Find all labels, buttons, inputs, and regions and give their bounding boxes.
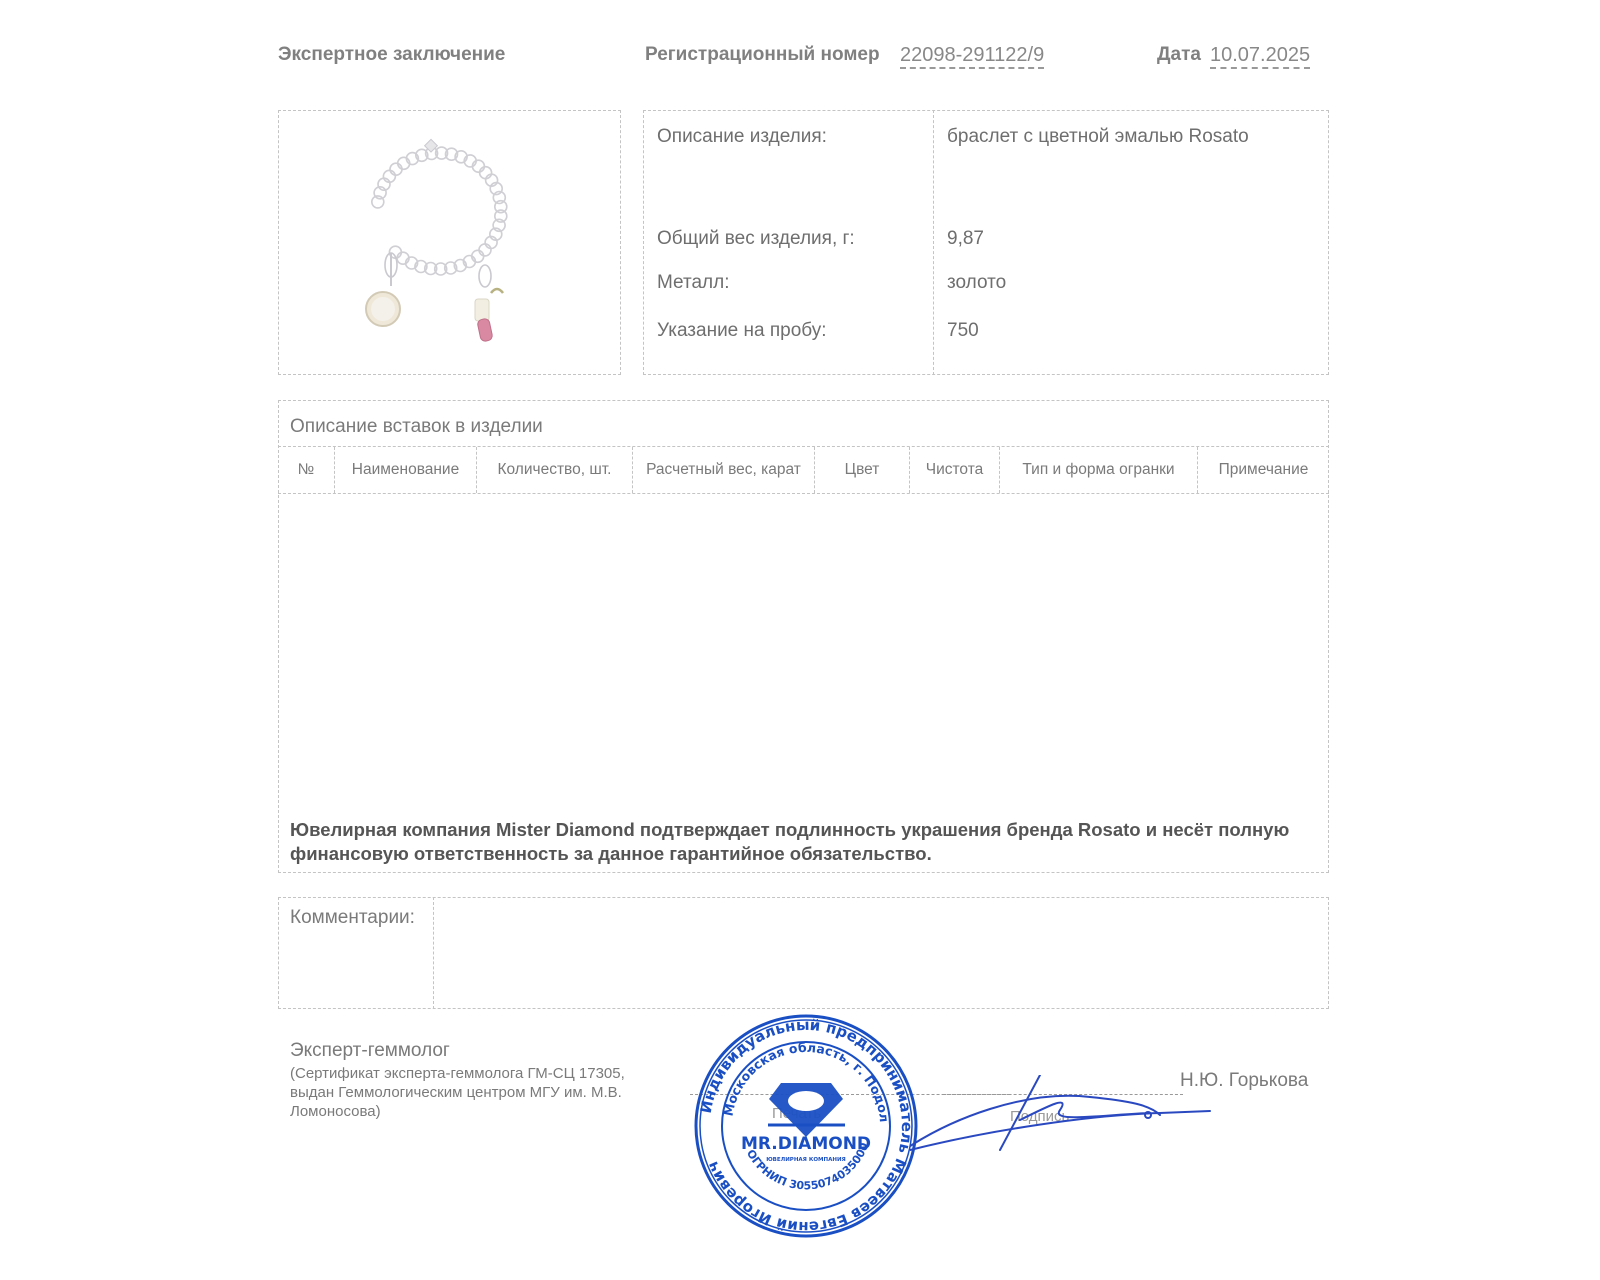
- comments-divider: [433, 897, 434, 1009]
- company-stamp: Индивидуальный предприниматель Матвеев Е…: [693, 1013, 919, 1239]
- comments-label: Комментарии:: [290, 907, 415, 929]
- metal-value: золото: [947, 272, 1006, 294]
- stamp-seal-icon: Индивидуальный предприниматель Матвеев Е…: [693, 1013, 919, 1239]
- total-weight-label: Общий вес изделия, г:: [657, 228, 855, 250]
- product-photo-frame: [278, 110, 621, 375]
- column-header-cut: Тип и форма огранки: [1000, 447, 1198, 493]
- column-header-quantity: Количество, шт.: [477, 447, 633, 493]
- svg-text:MR.DIAMOND: MR.DIAMOND: [741, 1134, 871, 1154]
- bracelet-image: [279, 111, 622, 376]
- document-title: Экспертное заключение: [278, 44, 505, 66]
- handwritten-signature: [910, 1075, 1250, 1175]
- registration-number-label: Регистрационный номер: [645, 44, 880, 66]
- info-column-divider: [933, 110, 934, 375]
- column-header-clarity: Чистота: [910, 447, 1000, 493]
- comments-box: [278, 897, 1329, 1009]
- inserts-title: Описание вставок в изделии: [290, 416, 543, 438]
- column-header-number: №: [278, 447, 335, 493]
- expert-title: Эксперт-геммолог: [290, 1040, 450, 1062]
- column-header-weight: Расчетный вес, карат: [633, 447, 815, 493]
- description-value: браслет с цветной эмалью Rosato: [947, 126, 1249, 148]
- expert-certificate: (Сертификат эксперта-геммолога ГМ-СЦ 173…: [290, 1064, 660, 1121]
- inserts-table-header: № Наименование Количество, шт. Расчетный…: [278, 446, 1329, 494]
- column-header-name: Наименование: [335, 447, 477, 493]
- svg-text:ЮВЕЛИРНАЯ КОМПАНИЯ: ЮВЕЛИРНАЯ КОМПАНИЯ: [766, 1157, 846, 1163]
- guarantee-statement: Ювелирная компания Mister Diamond подтве…: [290, 818, 1325, 866]
- date-value: 10.07.2025: [1210, 44, 1310, 69]
- hallmark-label: Указание на пробу:: [657, 320, 827, 342]
- hallmark-value: 750: [947, 320, 979, 342]
- registration-number-value: 22098-291122/9: [900, 44, 1044, 69]
- column-header-color: Цвет: [815, 447, 910, 493]
- date-label: Дата: [1157, 44, 1201, 66]
- metal-label: Металл:: [657, 272, 729, 294]
- description-label: Описание изделия:: [657, 126, 827, 148]
- column-header-note: Примечание: [1198, 447, 1329, 493]
- total-weight-value: 9,87: [947, 228, 984, 250]
